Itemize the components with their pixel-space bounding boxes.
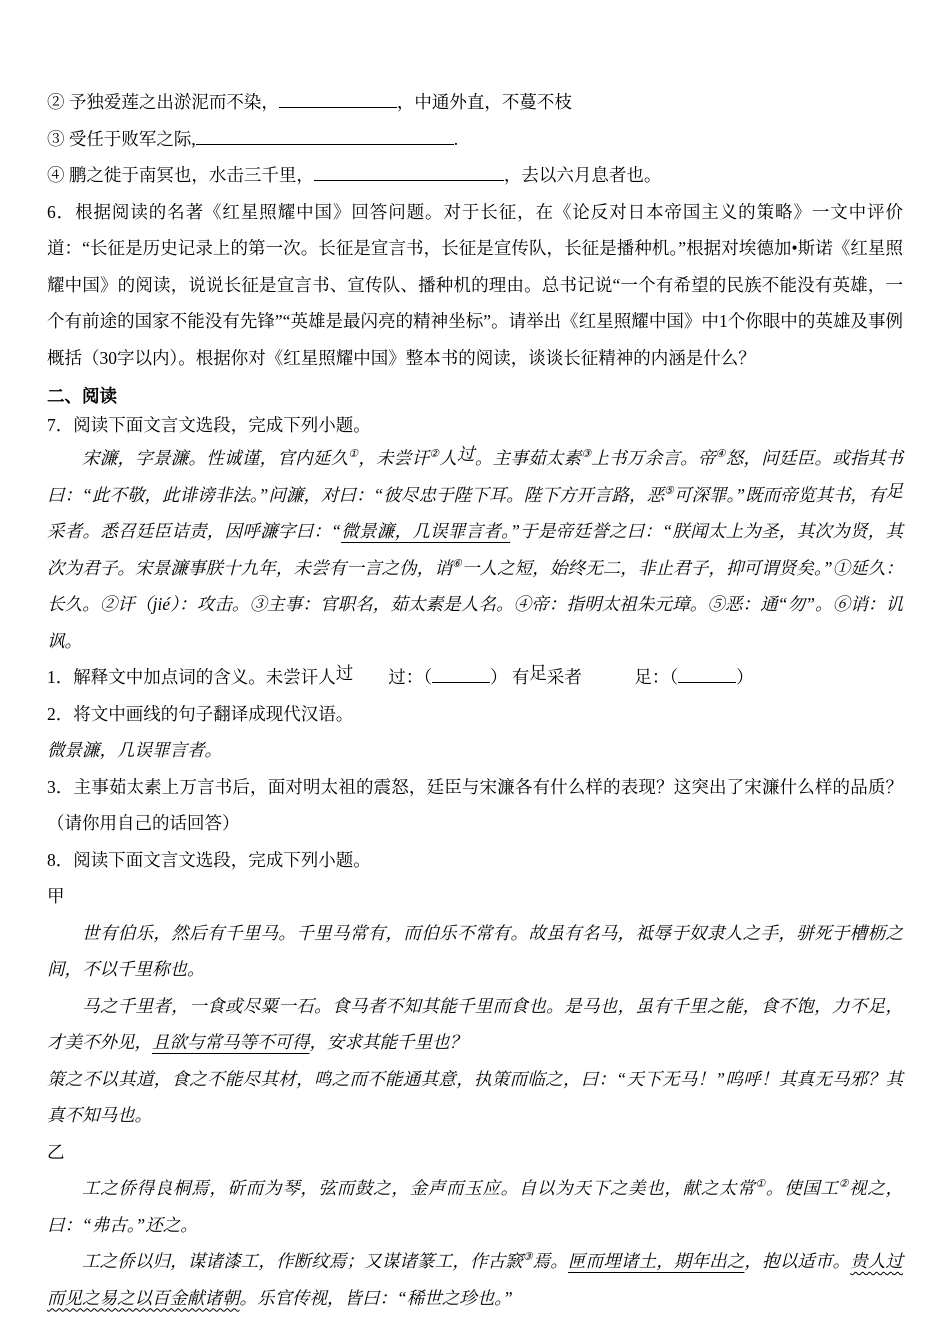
text-run: ③ 受任于败军之际, [47,129,196,149]
passage-jia-p1: 世有伯乐，然后有千里马。千里马常有，而伯乐不常有。故虽有名马，祗辱于奴隶人之手，… [47,915,903,988]
text-run: 人 [439,448,457,468]
emphasized-char: 足 [886,481,904,501]
answer-blank [196,129,454,145]
text-run: . [454,129,458,149]
footnote-ref: ④ [716,448,726,460]
question-7-sub2-sentence: 微景濂，几误罪言者。 [47,732,903,769]
text-run: 宋濂，字景濂。性诚谨，官内延久 [82,448,348,468]
question-7-sub2: 2．将文中画线的句子翻译成现代汉语。 [47,696,903,733]
text-run: ，去以六月息者也。 [504,165,662,185]
question-7-intro: 7．阅读下面文言文选段，完成下列小题。 [47,411,903,440]
question-7-sub1: 1．解释文中加点词的含义。未尝讦人过 过：（） 有足采者 足：（） [47,659,903,696]
emphasized-char: 过 [457,444,475,464]
text-run: ，中通外直，不蔓不枝 [397,92,572,112]
text-run: ，安求其能千里也？ [310,1032,468,1052]
fill-blank-item-3: ③ 受任于败军之际,. [47,121,903,158]
passage-yi-p1: 工之侨得良桐焉，斫而为琴，弦而鼓之，金声而玉应。自以为天下之美也，献之太常①。使… [47,1170,903,1243]
text-run: 采者 足：（ [547,667,678,687]
text-run: 可深罪。”既而帝览其书，有 [674,485,886,505]
passage-jia-p3: 策之不以其道，食之不能尽其材，鸣之而不能通其意，执策而临之，曰：“天下无马！”呜… [47,1061,903,1134]
answer-blank [314,165,504,181]
passage-yi-label: 乙 [47,1134,903,1171]
footnote-ref: ① [348,448,358,460]
footnote-ref: ⑤ [664,485,674,497]
footnote-ref: ① [755,1178,765,1190]
text-run: 1．解释文中加点词的含义。未尝讦人 [47,667,336,687]
answer-blank [678,667,736,683]
question-7-passage: 宋濂，字景濂。性诚谨，官内延久①，未尝讦②人过。主事茹太素③上书万余言。帝④怒，… [47,440,903,659]
question-6: 6．根据阅读的名著《红星照耀中国》回答问题。对于长征，在《论反对日本帝国主义的策… [47,194,903,377]
text-run: ） [736,667,754,687]
text-run: ） 有 [490,667,529,687]
question-7-sub3: 3．主事茹太素上万言书后，面对明太祖的震怒，廷臣与宋濂各有什么样的表现？这突出了… [47,769,903,842]
emphasized-char: 足 [529,663,547,683]
footnote-ref: ② [429,448,439,460]
answer-blank [432,667,490,683]
exam-document-page: ② 予独爱莲之出淤泥而不染，，中通外直，不蔓不枝 ③ 受任于败军之际,. ④ 鹏… [0,0,950,1344]
text-run: 过：（ [353,667,432,687]
footnote-ref: ③ [581,448,591,460]
passage-yi-p2: 工之侨以归，谋诸漆工，作断纹焉；又谋诸篆工，作古窾③焉。匣而埋诸土，期年出之，抱… [47,1243,903,1316]
text-run: 采者。悉召廷臣诘责，因呼濂字曰：“ [47,521,341,541]
section-2-heading: 二、阅读 [47,381,903,411]
text-run: ，抱以适市。 [744,1251,850,1271]
footnote-ref: ③ [523,1251,533,1263]
text-run: 工之侨以归，谋诸漆工，作断纹焉；又谋诸篆工，作古窾 [82,1251,523,1271]
text-run: 。主事茹太素 [475,448,582,468]
passage-jia-label: 甲 [47,878,903,915]
underlined-text: 匣而埋诸土，期年出之 [568,1251,744,1271]
underlined-text: 微景濂，几误罪言者。 [341,521,510,541]
text-run: ，未尝讦 [358,448,429,468]
fill-blank-item-2: ② 予独爱莲之出淤泥而不染，，中通外直，不蔓不枝 [47,84,903,121]
answer-blank [279,92,397,108]
text-run: ② 予独爱莲之出淤泥而不染， [47,92,279,112]
text-run: 焉。 [533,1251,568,1271]
footnote-ref: ⑥ [452,558,462,570]
text-run: 工之侨得良桐焉，斫而为琴，弦而鼓之，金声而玉应。自以为天下之美也，献之太常 [82,1178,755,1198]
footnote-ref: ② [839,1178,849,1190]
text-run: 。使国工 [766,1178,839,1198]
emphasized-char: 过 [336,663,354,683]
question-8-intro: 8．阅读下面文言文选段，完成下列小题。 [47,842,903,879]
text-run: ④ 鹏之徙于南冥也，水击三千里， [47,165,314,185]
passage-jia-p2: 马之千里者，一食或尽粟一石。食马者不知其能千里而食也。是马也，虽有千里之能，食不… [47,988,903,1061]
text-run: 。乐官传视，皆曰：“稀世之珍也。” [240,1288,513,1308]
fill-blank-item-4: ④ 鹏之徙于南冥也，水击三千里，，去以六月息者也。 [47,157,903,194]
underlined-text: 且欲与常马等不可得 [152,1032,310,1052]
text-run: 上书万余言。帝 [591,448,715,468]
